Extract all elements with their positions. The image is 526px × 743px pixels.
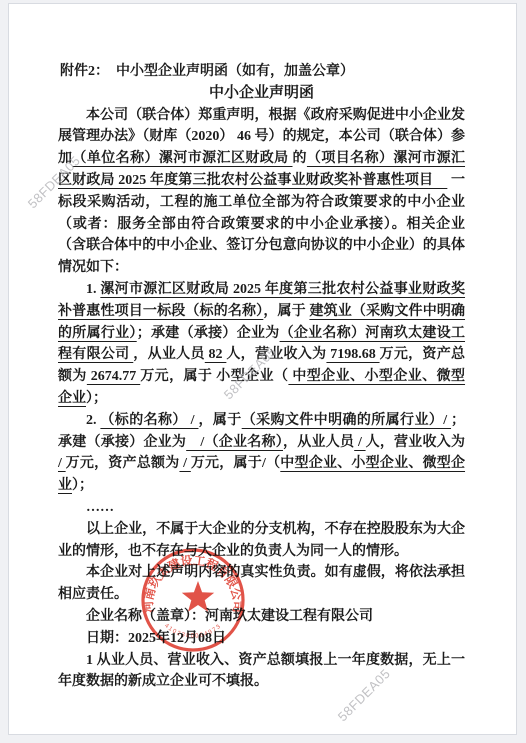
text-segment: 一 标段采购活动，工程的施工单位全部为符合政策要求的中小企业（或者：服务全部由符… (58, 173, 465, 275)
filled-blank: （单位名称）漯河市源汇区财政局 (72, 151, 292, 166)
text-segment: 日期：2025年12月08日 (86, 631, 226, 646)
attachment-heading: 附件2： 中小型企业声明函（如有，加盖公章） (58, 61, 465, 83)
paragraph-container: 本公司（联合体）郑重声明，根据《政府采购促进中小企业发展管理办法》（财库（202… (58, 105, 465, 694)
filled-blank: /（企业名称） (186, 435, 283, 450)
text-segment: 企业名称（盖章）：河南玖太建设工程有限公司 (86, 609, 373, 624)
text-segment: ，属于 (263, 304, 309, 319)
document-body: 附件2： 中小型企业声明函（如有，加盖公章） 中小企业声明函 本公司（联合体）郑… (58, 61, 465, 693)
para-date: 日期：2025年12月08日 (58, 628, 465, 650)
text-segment: ，从业人员 (283, 435, 354, 450)
text-segment: 万元，属于/（ (191, 456, 280, 471)
text-segment: 人，营业收入为 (226, 347, 326, 362)
text-segment: 1. (86, 282, 100, 297)
para-company-name: 企业名称（盖章）：河南玖太建设工程有限公司 (58, 606, 465, 628)
para-ellipsis: …… (58, 497, 465, 519)
text-segment: ，属于 (198, 413, 241, 428)
text-segment: ）； (72, 478, 93, 493)
filled-blank: 2674.77 (87, 369, 140, 384)
para-responsibility: 本企业对上述声明内容的真实性负责。如有虚假，将依法承担相应责任。 (58, 562, 465, 606)
text-segment: ）； (86, 391, 107, 406)
text-segment: 的 (293, 151, 307, 166)
filled-blank: 82 (205, 347, 227, 362)
para-declaration: 本公司（联合体）郑重声明，根据《政府采购促进中小企业发展管理办法》（财库（202… (58, 105, 465, 279)
text-segment: 万元，资产总额为 (66, 456, 180, 471)
para-no-big-enterprise: 以上企业，不属于大企业的分支机构，不存在控股股东为大企业的情形，也不存在与大企业… (58, 519, 465, 563)
para-item-2: 2. （标的名称） / ，属于（采购文件中明确的所属行业）/ ；承建（承接）企业… (58, 410, 465, 497)
filled-blank: 7198.68 (326, 347, 379, 362)
document-title: 中小企业声明函 (58, 83, 465, 105)
text-segment: 万元，属于 小型企业（ (140, 369, 288, 384)
filled-blank: （采购文件中明确的所属行业）/ (242, 413, 451, 428)
para-footnote: 1 从业人员、营业收入、资产总额填报上一年度数据，无上一年度数据的新成立企业可不… (58, 650, 465, 694)
filled-blank: （标的名称） / (100, 413, 198, 428)
filled-blank: / (354, 435, 365, 450)
text-segment: …… (86, 500, 114, 515)
document-page: 58FDEA05 58FDEA05 58FDEA05 附件2： 中小型企业声明函… (8, 3, 517, 735)
text-segment: 以上企业，不属于大企业的分支机构，不存在控股股东为大企业的情形，也不存在与大企业… (58, 522, 465, 559)
filled-blank: / (58, 456, 66, 471)
para-item-1: 1. 漯河市源汇区财政局 2025 年度第三批农村公益事业财政奖补普惠性项目一标… (58, 279, 465, 410)
text-segment: ，从业人员 (133, 347, 204, 362)
text-segment: 1 从业人员、营业收入、资产总额填报上一年度数据，无上一年度数据的新成立企业可不… (58, 653, 465, 690)
text-segment: 本企业对上述声明内容的真实性负责。如有虚假，将依法承担相应责任。 (58, 565, 465, 602)
text-segment: 2. (86, 413, 100, 428)
filled-blank: / (179, 456, 190, 471)
text-segment: 人，营业收入为 (366, 435, 465, 450)
text-segment: ；承建（承接）企业为 (137, 326, 280, 341)
